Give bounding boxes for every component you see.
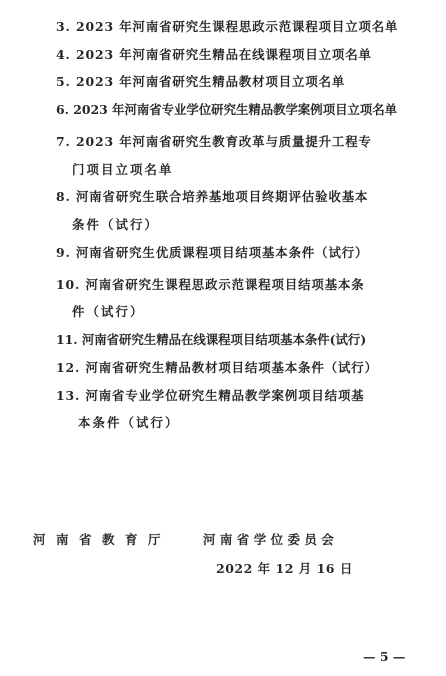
list-item-5: 5. 2023 年河南省研究生精品教材项目立项名单 [56, 72, 345, 92]
list-item-3: 3. 2023 年河南省研究生课程思政示范课程项目立项名单 [56, 17, 398, 37]
list-item-7-continuation: 门项目立项名单 [72, 160, 173, 180]
list-item-8-continuation: 条件（试行） [72, 215, 159, 235]
document-page: 3. 2023 年河南省研究生课程思政示范课程项目立项名单 4. 2023 年河… [0, 0, 446, 676]
list-item-6: 6. 2023 年河南省专业学位研究生精品教学案例项目立项名单 [56, 100, 397, 120]
list-item-13-continuation: 本条件（试行） [78, 413, 179, 433]
list-item-10: 10. 河南省研究生课程思政示范课程项目结项基本条 [56, 275, 365, 295]
list-item-7: 7. 2023 年河南省研究生教育改革与质量提升工程专 [56, 132, 372, 152]
signature-degree-committee: 河南省学位委员会 [203, 530, 338, 550]
list-item-11: 11. 河南省研究生精品在线课程项目结项基本条件(试行) [56, 330, 366, 350]
list-item-9: 9. 河南省研究生优质课程项目结项基本条件（试行） [56, 243, 368, 263]
issue-date: 2022 年 12 月 16 日 [216, 559, 353, 579]
list-item-4: 4. 2023 年河南省研究生精品在线课程项目立项名单 [56, 45, 372, 65]
list-item-8: 8. 河南省研究生联合培养基地项目终期评估验收基本 [56, 187, 368, 207]
page-number: — 5 — [363, 647, 405, 667]
list-item-12: 12. 河南省研究生精品教材项目结项基本条件（试行） [56, 358, 378, 378]
list-item-13: 13. 河南省专业学位研究生精品教学案例项目结项基 [56, 386, 365, 406]
list-item-10-continuation: 件（试行） [72, 302, 144, 322]
signature-education-department: 河南省教育厅 [33, 530, 171, 550]
